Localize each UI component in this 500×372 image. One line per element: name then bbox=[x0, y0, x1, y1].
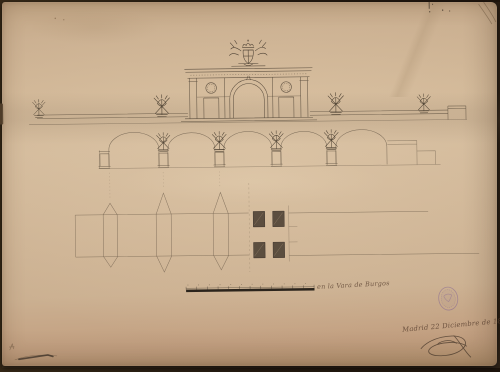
trophy-ornament bbox=[417, 94, 431, 113]
arcade-elevation bbox=[98, 128, 440, 168]
arcade-end-wall bbox=[387, 140, 435, 165]
arcade-ground-line bbox=[99, 164, 441, 168]
arcade-pedestal bbox=[157, 150, 169, 167]
trophy-ornament bbox=[269, 131, 283, 151]
trophy-ornament bbox=[324, 129, 338, 149]
side-opening-right bbox=[279, 97, 294, 118]
arcade-pedestal bbox=[325, 148, 337, 165]
left-edge-binding-mark bbox=[0, 104, 3, 125]
plan-pier-lozenge bbox=[103, 203, 118, 267]
scale-bar bbox=[186, 284, 314, 293]
side-opening-left bbox=[204, 98, 219, 119]
plan-pier-lozenge bbox=[156, 193, 172, 272]
royal-coat-of-arms bbox=[229, 39, 267, 65]
laurel-wreath-left bbox=[206, 83, 217, 94]
trophy-ornament bbox=[212, 131, 226, 151]
gate-dentils bbox=[190, 74, 306, 75]
plan-gate-piers-hatched bbox=[253, 211, 285, 258]
central-arch bbox=[230, 79, 268, 118]
gate-base-steps bbox=[181, 117, 317, 121]
ground-line bbox=[29, 119, 467, 124]
gate-elevation bbox=[28, 37, 467, 125]
scale-bar-numerals bbox=[188, 284, 314, 286]
construction-line bbox=[249, 183, 250, 272]
arcade-pedestal bbox=[270, 149, 282, 166]
paper-specks bbox=[55, 18, 65, 21]
top-right-marks bbox=[429, 1, 496, 25]
laurel-wreath-right bbox=[281, 82, 292, 93]
pencil-flourish bbox=[479, 2, 496, 24]
photo-backing: en la Vara de Burgos Madrid 22 Diciembre… bbox=[0, 0, 500, 372]
flanking-wall-left bbox=[37, 113, 188, 118]
wall-end-block-right bbox=[448, 106, 466, 120]
plan-view bbox=[75, 168, 480, 274]
archive-ink-stamp bbox=[437, 286, 459, 312]
drawing-linework bbox=[0, 0, 500, 372]
corner-pencil-mark bbox=[9, 343, 57, 360]
arcade-arches bbox=[109, 129, 387, 167]
signature-rubric bbox=[421, 335, 471, 358]
plan-wall-stubs bbox=[289, 226, 298, 242]
gate-cornice bbox=[184, 63, 312, 79]
plan-pier-lozenge bbox=[213, 192, 229, 270]
projection-lines bbox=[110, 171, 220, 197]
arcade-pedestal bbox=[213, 150, 225, 167]
arcade-pedestal bbox=[98, 151, 110, 168]
construction-line bbox=[289, 206, 290, 262]
